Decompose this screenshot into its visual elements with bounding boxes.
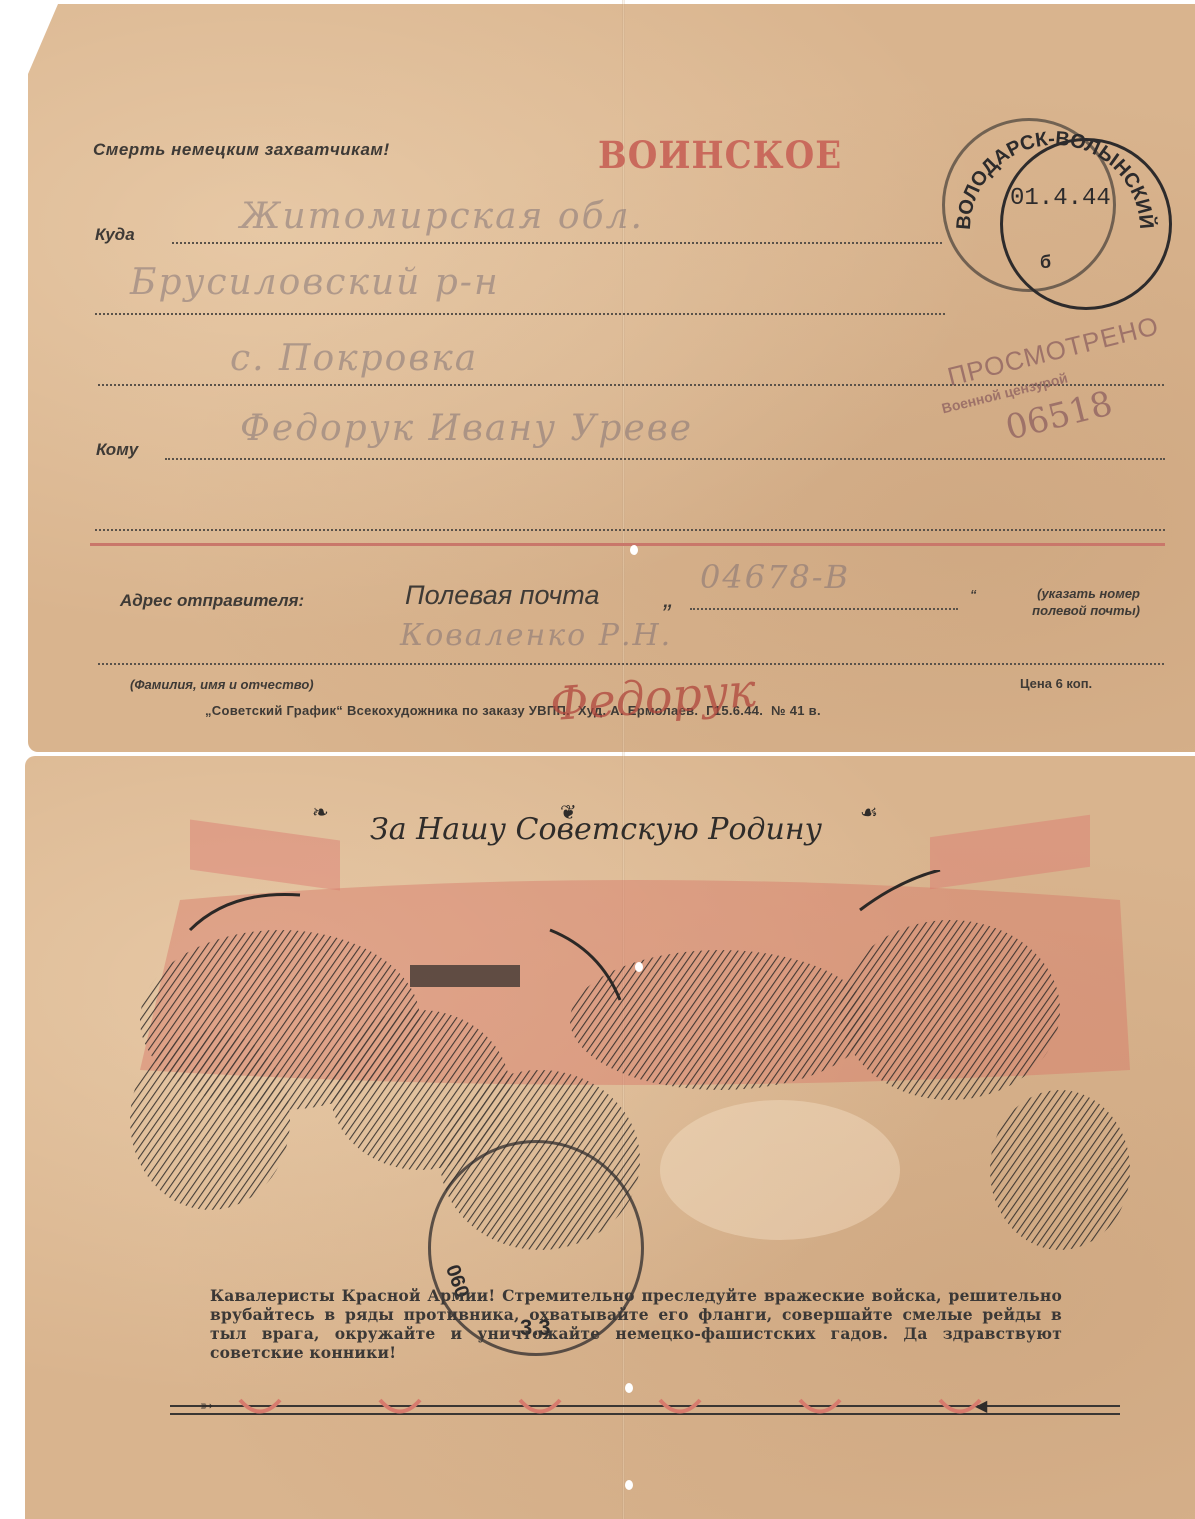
ribbon-ornament	[230, 1395, 990, 1425]
heading-voinskoe: ВОИНСКОЕ	[598, 134, 842, 178]
address-line-1	[172, 242, 942, 244]
address-line-4	[165, 458, 1165, 460]
postmark-code: б	[1040, 252, 1051, 273]
paper-hole	[630, 545, 638, 555]
field-post-line	[690, 608, 958, 610]
field-post-close-quote: “	[970, 586, 977, 603]
handwritten-line-1: Житомирская обл.	[240, 196, 644, 237]
handwritten-sender-name: Коваленко Р.Н.	[400, 618, 672, 653]
postmark-date: 01.4.44	[1010, 185, 1111, 212]
handwritten-line-4: Федорук Ивану Уреве	[240, 408, 693, 449]
slogan: Смерть немецким захватчикам!	[93, 140, 390, 160]
address-line-2	[95, 313, 945, 315]
field-post-label: Полевая почта	[405, 580, 600, 611]
appeal-text: Кавалеристы Красной Армии! Стремительно …	[210, 1286, 1062, 1362]
price: Цена 6 коп.	[1020, 676, 1092, 691]
red-divider	[90, 543, 1165, 546]
field-post-hint: (указать номер полевой почты)	[990, 585, 1140, 619]
sender-name-line	[98, 663, 1164, 665]
paper-hole	[635, 962, 643, 972]
paper-hole	[625, 1383, 633, 1393]
field-post-open-quote: „	[664, 583, 673, 614]
address-line-5	[95, 529, 1165, 531]
handwritten-line-3: с. Покровка	[230, 338, 478, 379]
arrow-tail-icon: ➳	[200, 1396, 213, 1416]
paper-hole	[625, 1480, 633, 1490]
svg-text:ВОЛОДАРСК-ВОЛЫНСКИЙ ПОЧТА: ВОЛОДАРСК-ВОЛЫНСКИЙ ПОЧТА	[940, 110, 1159, 231]
ornament-icon: ☙	[860, 800, 878, 825]
name-hint: (Фамилия, имя и отчество)	[130, 676, 314, 693]
to-where-label: Куда	[95, 225, 135, 245]
arrow-head-icon: ◀	[975, 1396, 987, 1416]
sender-label: Адрес отправителя:	[120, 591, 304, 611]
handwritten-field-post-number: 04678-В	[700, 558, 850, 596]
ornament-icon: ❧	[312, 800, 329, 825]
illustration-title: За Нашу Советскую Родину	[370, 812, 822, 847]
to-whom-label: Кому	[96, 440, 138, 460]
handwritten-line-2: Брусиловский р-н	[130, 262, 500, 303]
